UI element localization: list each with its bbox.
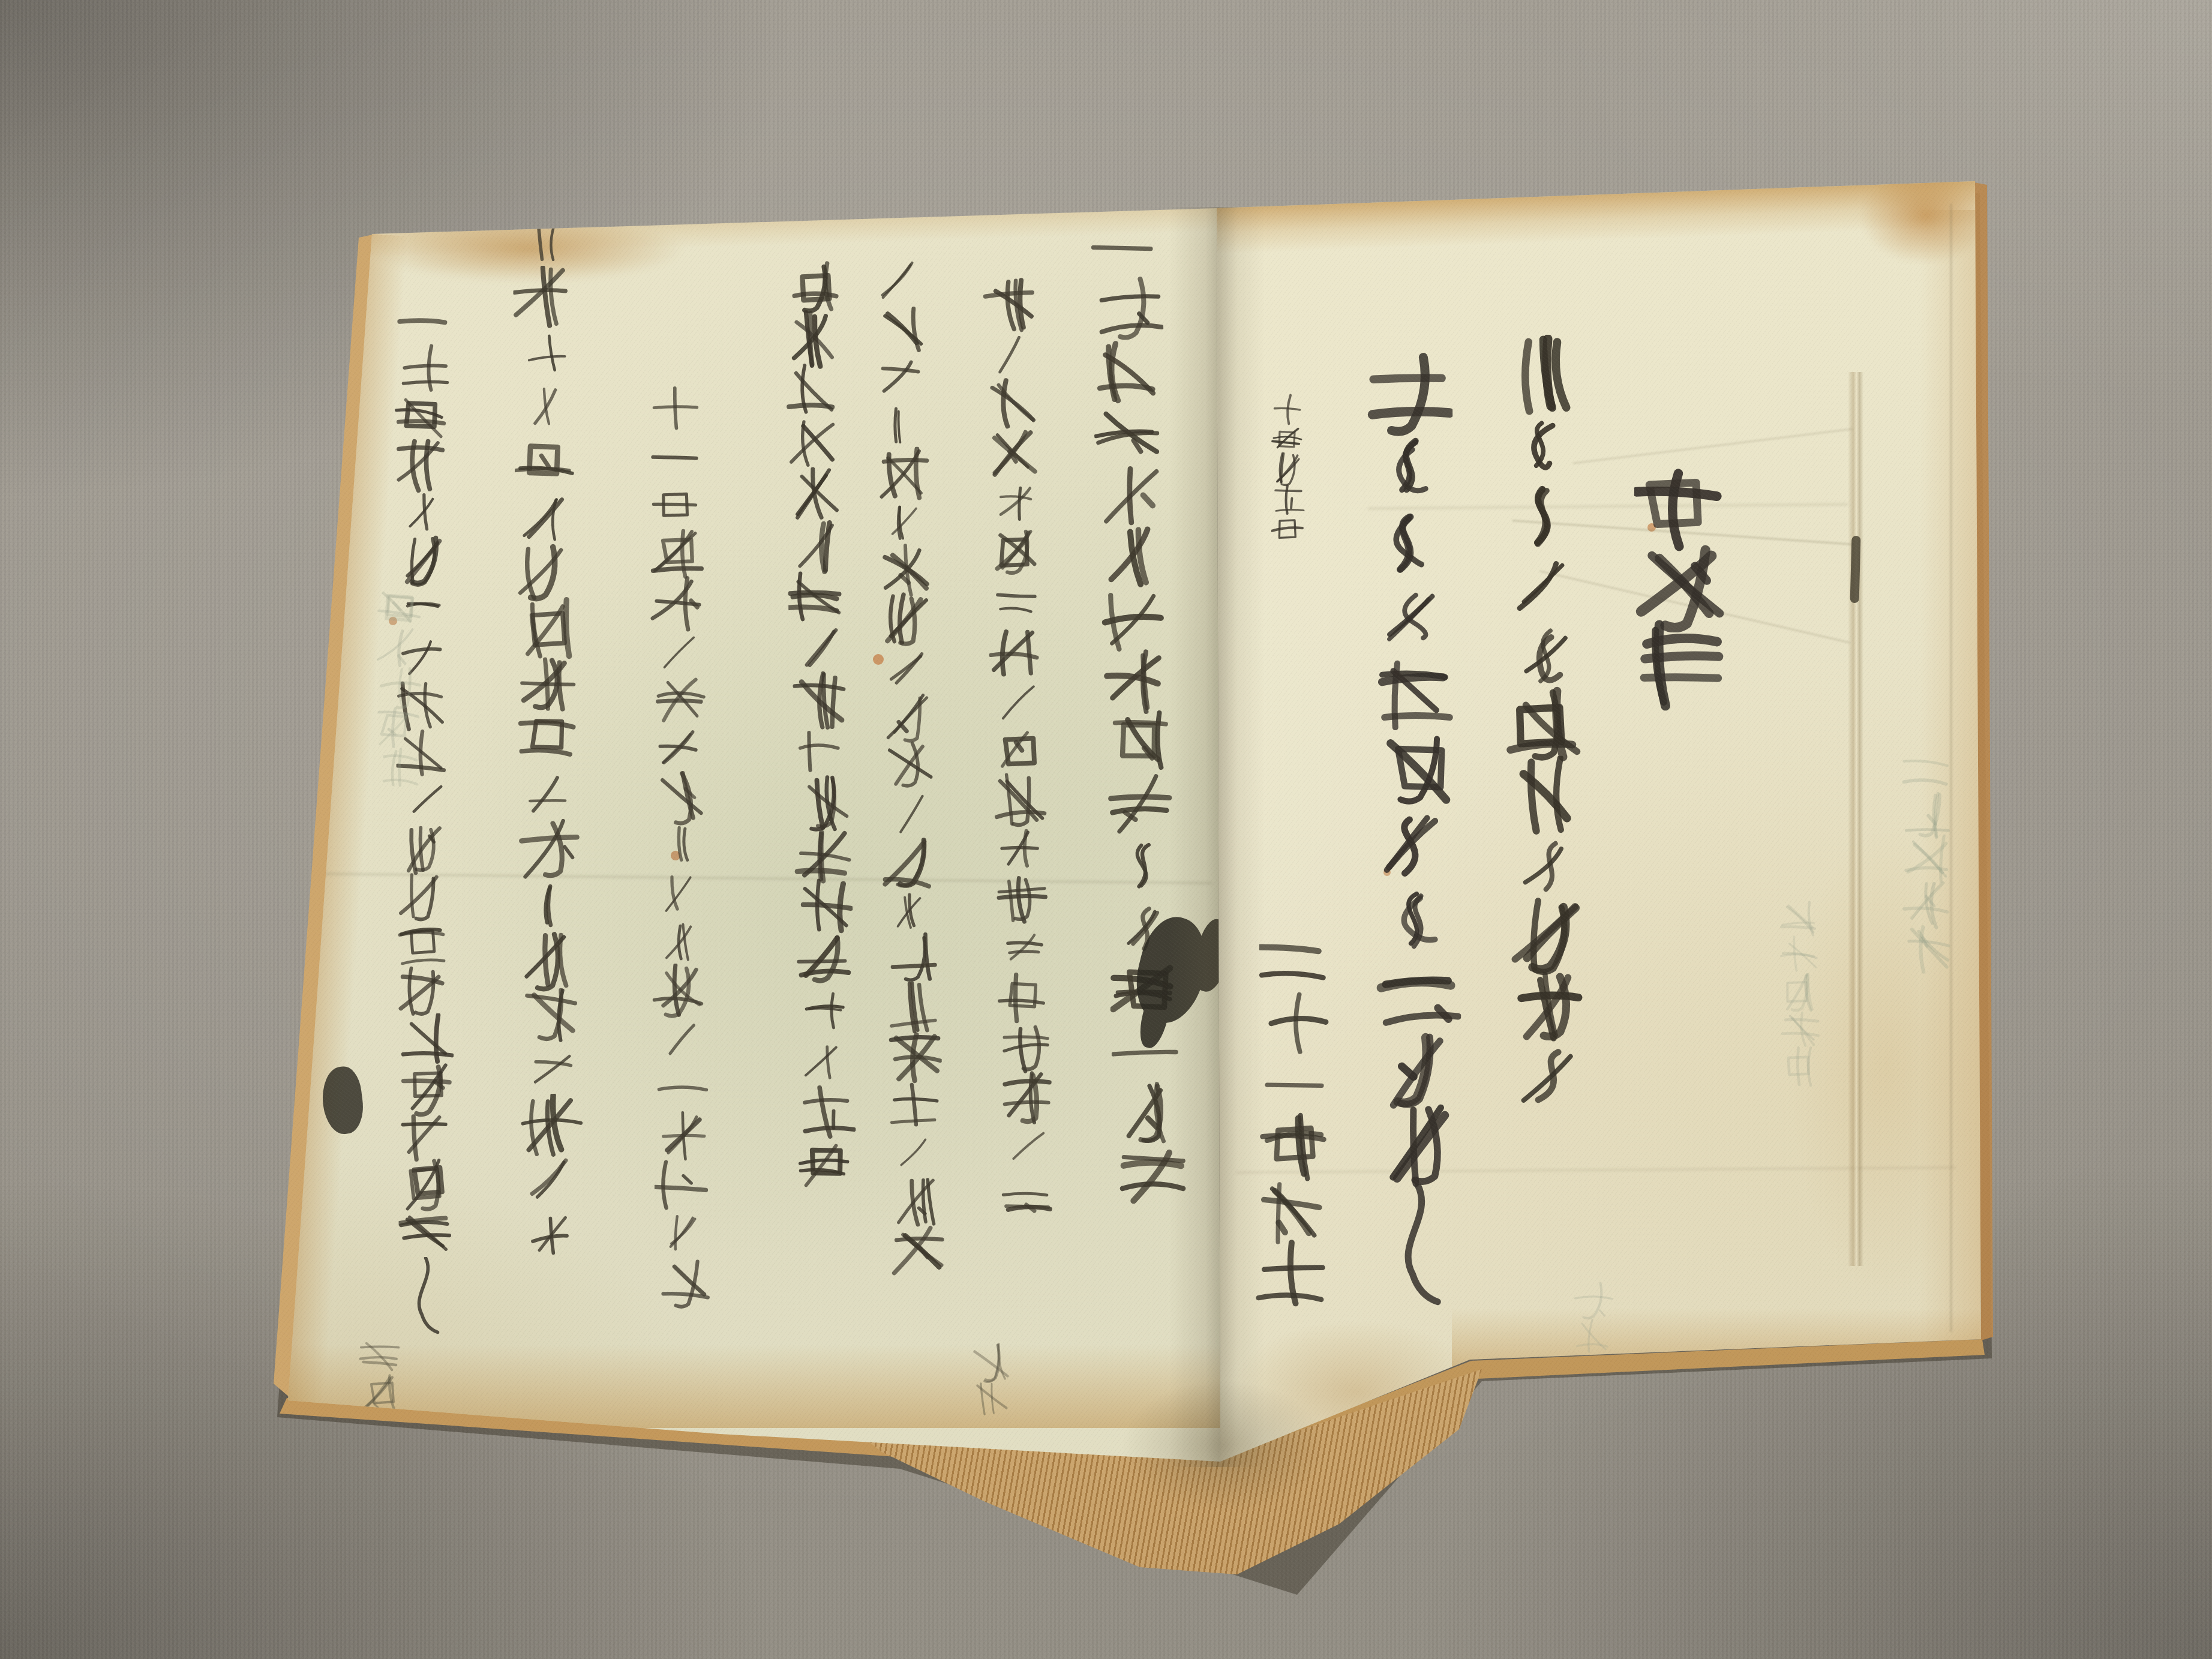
center-fold-shadow — [1169, 207, 1265, 1467]
poem-column-1 — [1484, 340, 1608, 1113]
poem-column-2 — [1346, 355, 1482, 1316]
bleed-through-column — [367, 588, 433, 789]
binding-stitch-seam — [1848, 372, 1863, 1266]
bleed-through-column — [1895, 749, 1961, 971]
title-column — [1627, 469, 1732, 704]
text-column-5 — [634, 385, 724, 1307]
manuscript-photograph — [0, 0, 2212, 1659]
text-column-6 — [502, 214, 595, 1264]
partial-ink-marks — [960, 1345, 1020, 1417]
center-fold-bottom-shadow — [1122, 1380, 1326, 1512]
text-column-7 — [376, 297, 472, 1341]
binding-hole — [1850, 536, 1861, 603]
date-column — [1257, 395, 1320, 545]
text-column-4 — [769, 262, 872, 1192]
partial-ink-marks — [349, 1338, 409, 1412]
text-column-3 — [859, 256, 959, 1276]
bleed-through-column — [1770, 900, 1830, 1086]
